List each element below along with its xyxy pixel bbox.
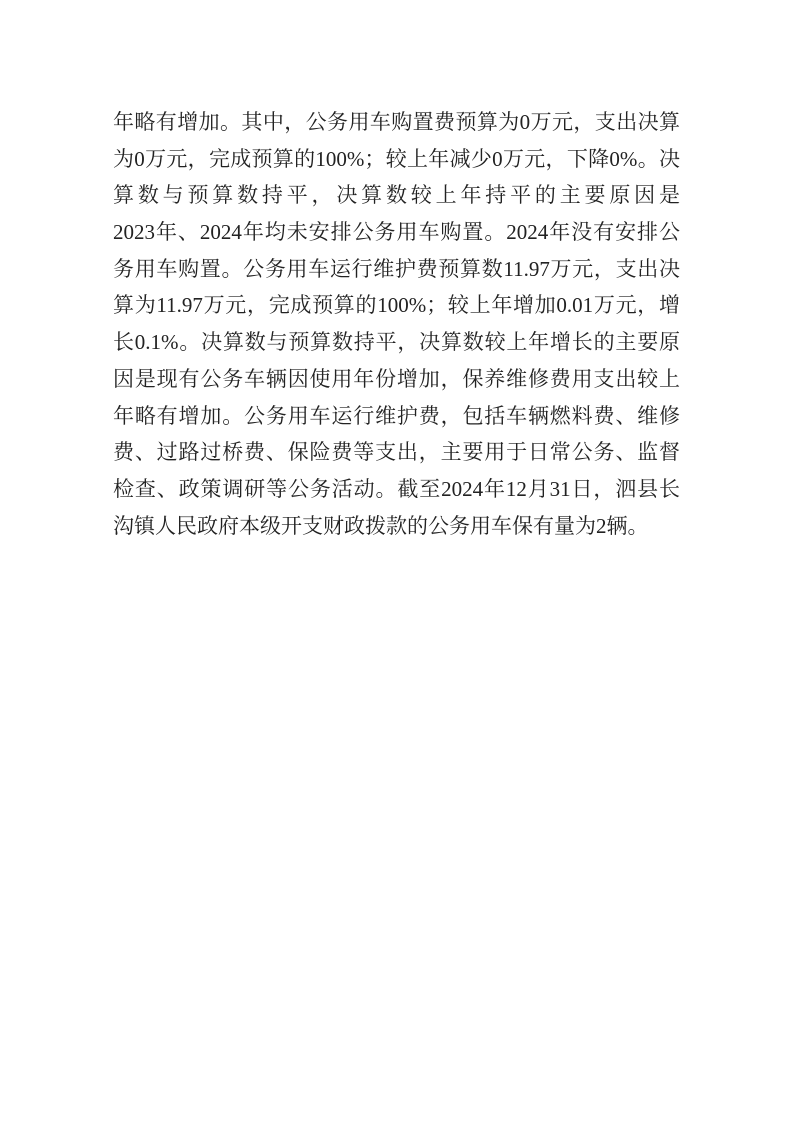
text-line: 沟镇人民政府本级开支财政拨款的公务用车保有量为2辆。 xyxy=(113,508,680,545)
text-line: 年略有增加。公务用车运行维护费，包括车辆燃料费、维修 xyxy=(113,398,680,435)
text-line: 2023年、2024年均未安排公务用车购置。2024年没有安排公 xyxy=(113,214,680,251)
text-line: 因是现有公务车辆因使用年份增加，保养维修费用支出较上 xyxy=(113,361,680,398)
text-line: 算为11.97万元，完成预算的100%；较上年增加0.01万元，增 xyxy=(113,287,680,324)
text-line: 检查、政策调研等公务活动。截至2024年12月31日，泗县长 xyxy=(113,471,680,508)
text-line: 为0万元，完成预算的100%；较上年减少0万元，下降0%。决 xyxy=(113,141,680,178)
text-line: 务用车购置。公务用车运行维护费预算数11.97万元，支出决 xyxy=(113,251,680,288)
text-line: 费、过路过桥费、保险费等支出，主要用于日常公务、监督 xyxy=(113,434,680,471)
document-page: 年略有增加。其中，公务用车购置费预算为0万元，支出决算 为0万元，完成预算的10… xyxy=(0,0,793,1122)
text-line: 长0.1%。决算数与预算数持平，决算数较上年增长的主要原 xyxy=(113,324,680,361)
body-text-paragraph: 年略有增加。其中，公务用车购置费预算为0万元，支出决算 为0万元，完成预算的10… xyxy=(113,104,680,544)
text-line: 算数与预算数持平，决算数较上年持平的主要原因是 xyxy=(113,177,680,214)
text-line: 年略有增加。其中，公务用车购置费预算为0万元，支出决算 xyxy=(113,104,680,141)
